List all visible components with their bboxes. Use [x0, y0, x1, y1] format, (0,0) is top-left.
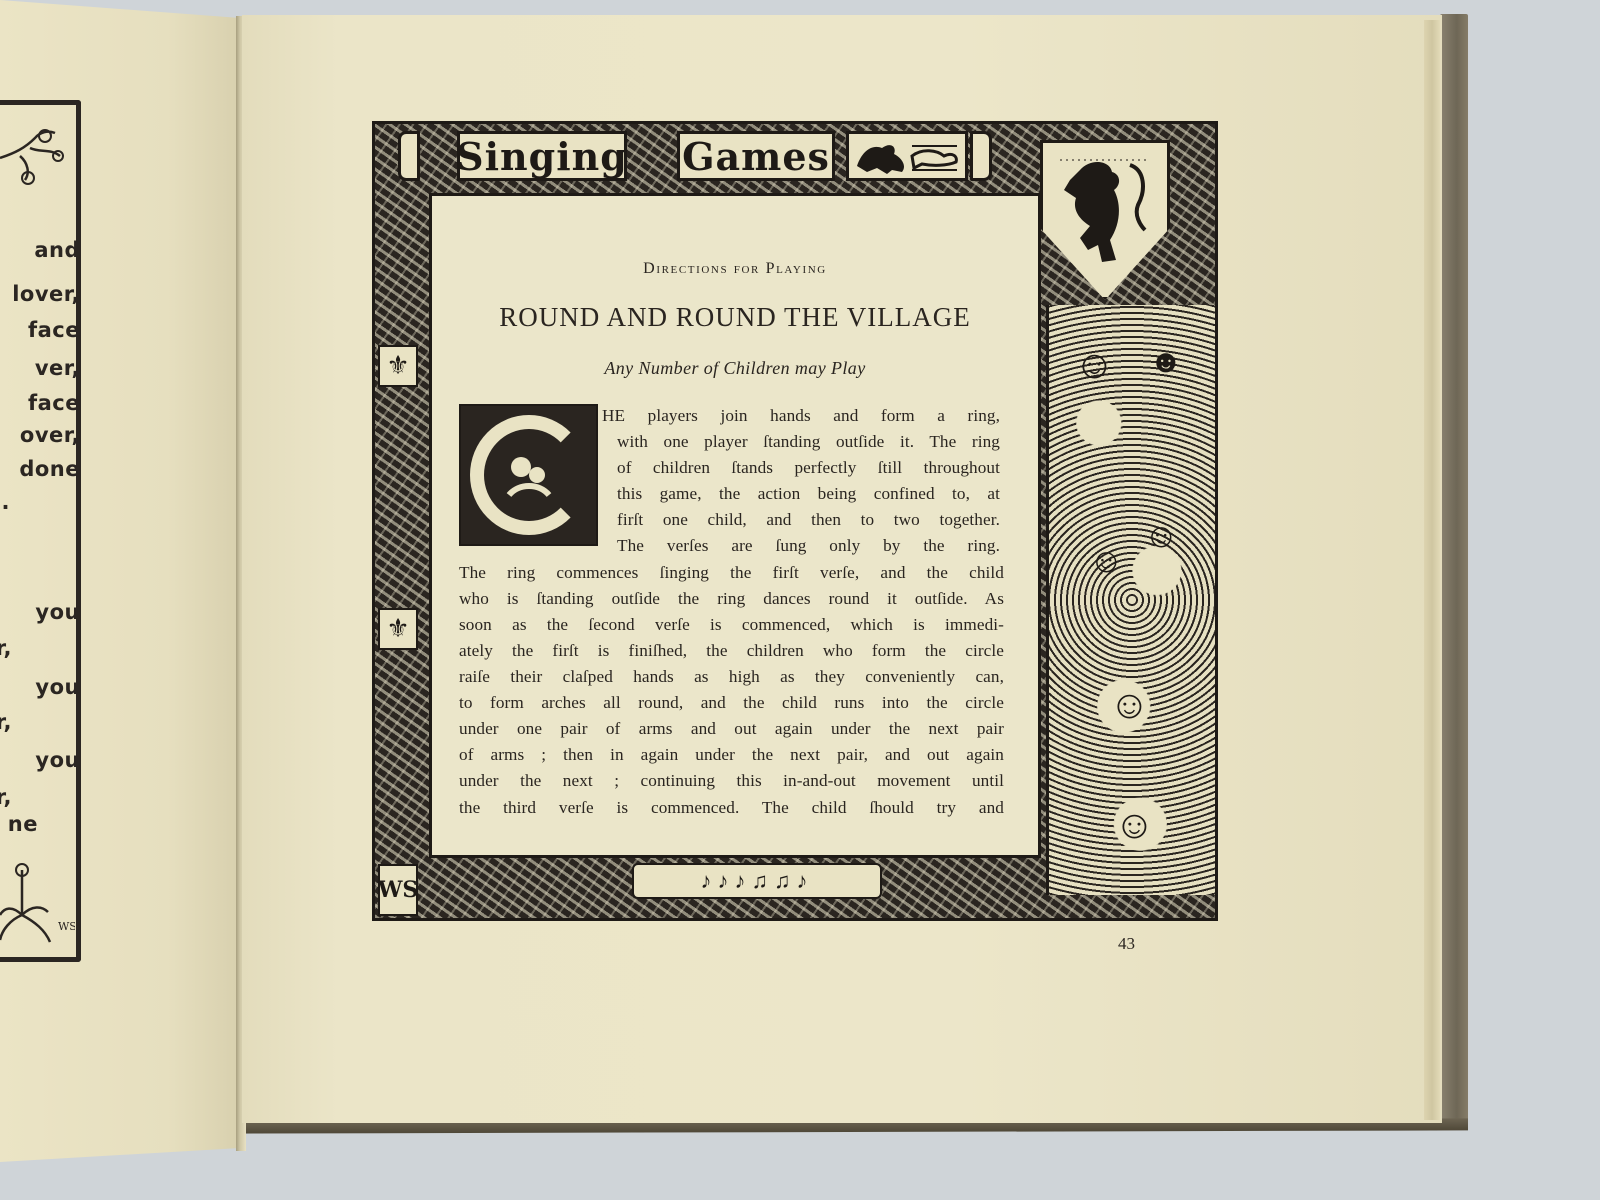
body-text-line: raiſe their claſped hands as high as the…: [459, 667, 1004, 687]
body-text-line: HE players join hands and form a ring,: [602, 406, 1000, 426]
page-title: ROUND AND ROUND THE VILLAGE: [429, 302, 1041, 333]
body-text-line: The ring commences ſinging the firſt ver…: [459, 563, 1004, 583]
body-text-line: ately the firſt is finiſhed, the childre…: [459, 641, 1004, 661]
verse-fragment: ne: [8, 812, 38, 836]
body-text-line: soon as the ſecond verſe is commenced, w…: [459, 615, 1004, 635]
child-figure-icon: ☺: [1144, 520, 1179, 554]
verse-fragment: face: [28, 391, 80, 415]
dropcap-letter-icon: [470, 415, 588, 535]
body-text-line: with one player ſtanding outſide it. The…: [617, 432, 1000, 452]
scroll-end-icon: [398, 131, 420, 181]
body-text-line: of children ſtands perfectly ſtill throu…: [617, 458, 1000, 478]
body-text-line: who is ſtanding outſide the ring dances …: [459, 589, 1004, 609]
fleur-de-lis-icon: ⚜: [378, 345, 418, 387]
title-banner-games: Games: [677, 131, 835, 181]
svg-text:WS: WS: [58, 920, 75, 933]
floral-ornament-icon: [0, 118, 70, 198]
section-kicker: Directions for Playing: [429, 260, 1041, 278]
page-block-edge: [1424, 20, 1440, 1120]
body-text-line: of arms ; then in again under the next p…: [459, 745, 1004, 765]
artist-monogram: WS: [378, 864, 418, 916]
verse-fragment: e.: [0, 490, 10, 514]
verse-fragment: you: [35, 748, 80, 772]
music-notation-scroll: ♪♪♪♫♫♪: [632, 863, 882, 899]
verse-fragment: r,: [0, 636, 12, 660]
body-text-line: firſt one child, and then to two togethe…: [617, 510, 1000, 530]
flower-ornament-icon: WS: [0, 860, 75, 950]
lion-passant-icon: [852, 136, 962, 176]
fleur-de-lis-icon: ⚜: [378, 608, 418, 650]
body-text-line: this game, the action being confined to,…: [617, 484, 1000, 504]
page-subtitle: Any Number of Children may Play: [429, 358, 1041, 379]
verse-fragment: ver,: [35, 356, 80, 380]
verse-fragment: you: [35, 600, 80, 624]
mother-child-icon: [499, 445, 559, 505]
child-figure-icon: ☺: [1109, 685, 1150, 725]
verse-fragment: and: [34, 238, 80, 262]
child-reading-figure-icon: ☺: [1114, 805, 1155, 845]
title-banner-singing: Singing: [457, 131, 627, 181]
verse-fragment: over,: [20, 423, 80, 447]
music-notes-icon: ♪♪♪♫♫♪: [701, 868, 814, 894]
verse-fragment: face: [28, 318, 80, 342]
verse-fragment: done: [19, 457, 80, 481]
page-number: 43: [1118, 934, 1135, 954]
children-illustration: ☺ ☻ ☺ ☺ ☺ ☺: [1046, 305, 1215, 895]
verse-fragment: r,: [0, 710, 12, 734]
book-cover-edge: [1440, 14, 1468, 1126]
heraldic-lions-banner: [846, 131, 968, 181]
child-figure-icon: ☺: [1089, 545, 1124, 579]
verse-fragment: r,: [0, 785, 12, 809]
scroll-end-icon: [970, 131, 992, 181]
left-page: and lover, face ver, face over, done e. …: [0, 0, 240, 1162]
body-text-line: The verſes are ſung only by the ring.: [617, 536, 1000, 556]
verse-fragment: lover,: [12, 282, 80, 306]
piper-figure-icon: ☺: [1074, 345, 1115, 385]
illuminated-dropcap: [459, 404, 598, 546]
jester-figure-icon: ☻: [1149, 345, 1183, 377]
body-text-line: under one pair of arms and out again und…: [459, 719, 1004, 739]
body-text-line: to form arches all round, and the child …: [459, 693, 1004, 713]
body-text-line: under the next ; continuing this in-and-…: [459, 771, 1004, 791]
verse-fragment: you: [35, 675, 80, 699]
body-text-line: the third verſe is commenced. The child …: [459, 798, 1004, 818]
